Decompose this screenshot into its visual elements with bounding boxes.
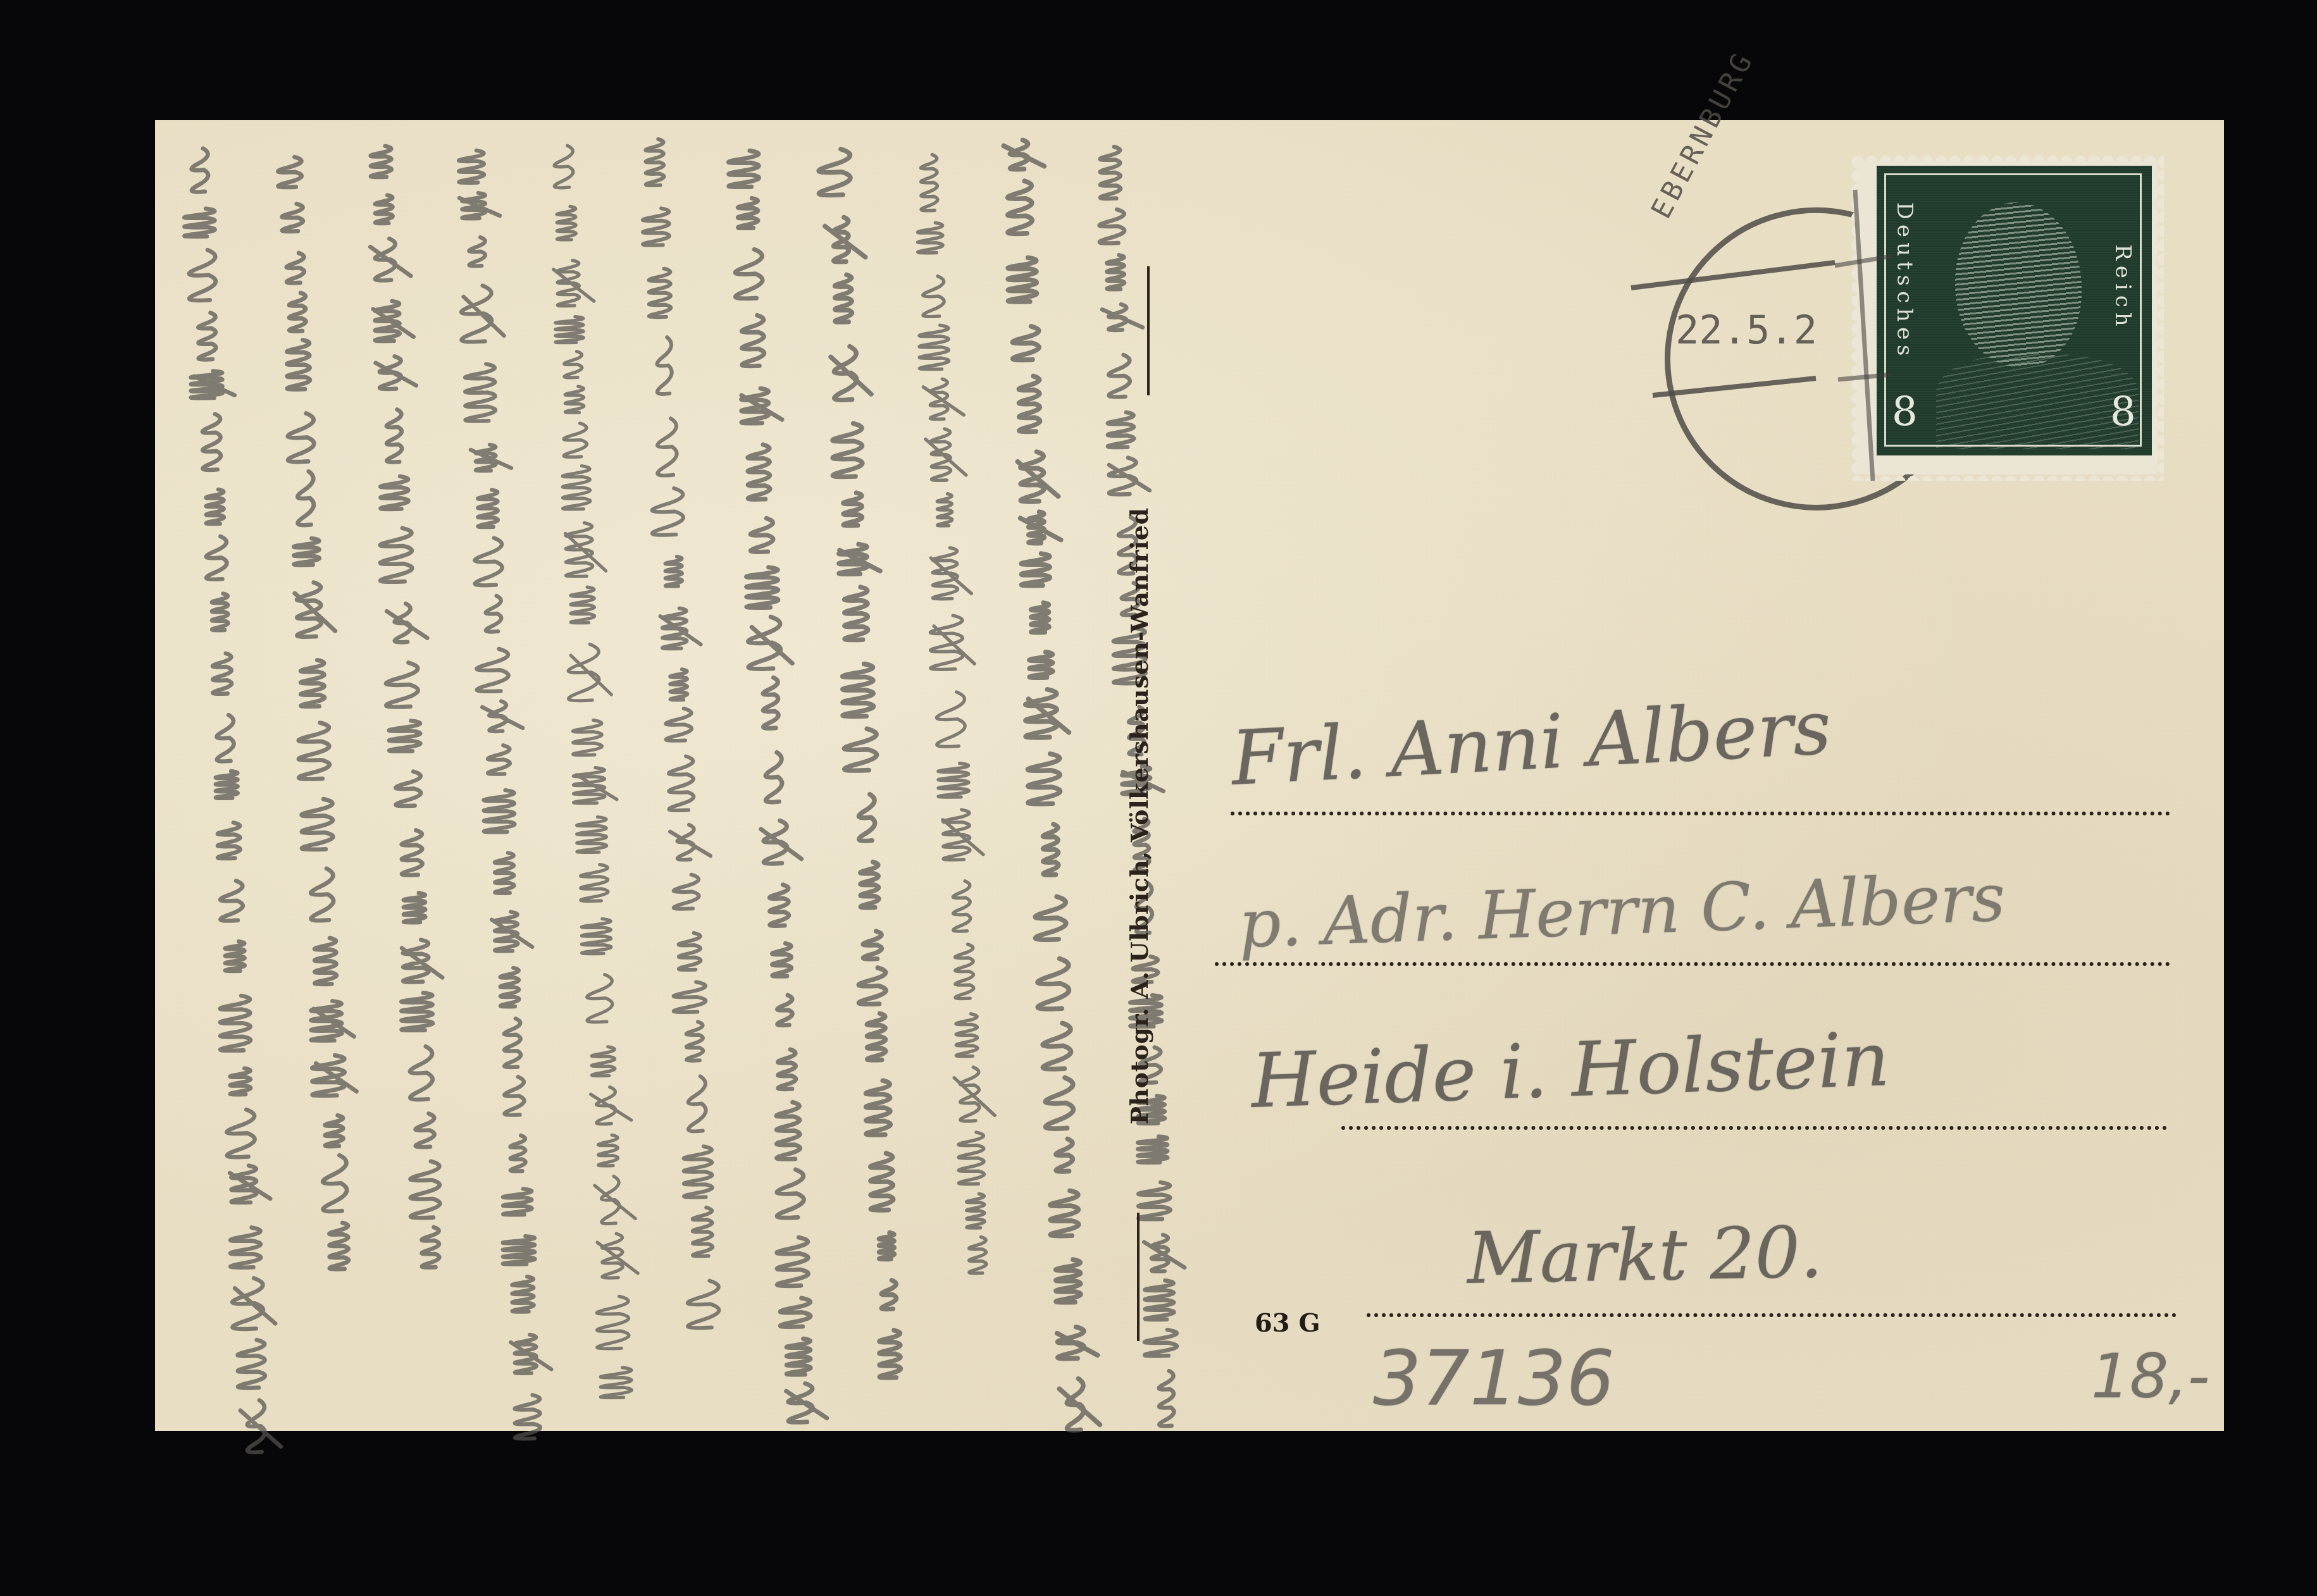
stamp-country-left: Deutsches — [1892, 202, 1917, 361]
stamp-frame — [1884, 173, 2142, 447]
stamp-value-right: 8 — [2110, 389, 2136, 436]
stamp-country-right: Reich — [2110, 244, 2135, 331]
address-line-1 — [1231, 812, 2170, 815]
stamp-value-left: 8 — [1892, 389, 1918, 436]
address-line-4 — [1367, 1313, 2177, 1317]
divider-line-bottom — [1137, 1213, 1140, 1341]
divider-line-top — [1147, 266, 1150, 395]
address-line-3 — [1341, 1126, 2167, 1130]
inventory-number: 37136 — [1373, 1335, 1615, 1423]
postmark-date: 22.5.2 — [1675, 307, 1817, 353]
address-line-4-text: Markt 20. — [1467, 1211, 1823, 1300]
price-annotation: 18,- — [2091, 1341, 2209, 1412]
printer-credit: Photogr. A. Ulbrich, Völkershausen-Wanfr… — [1125, 508, 1153, 1125]
address-line-2 — [1215, 962, 2170, 966]
series-code: 63 G — [1255, 1308, 1320, 1338]
